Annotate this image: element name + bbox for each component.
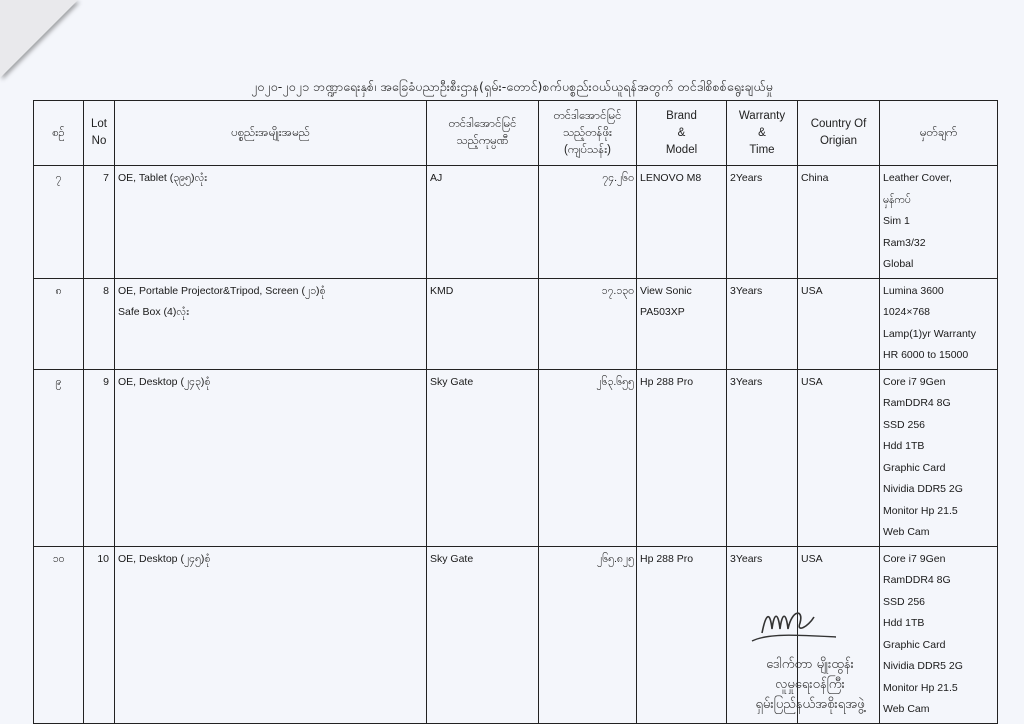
cell-brand: Hp 288 Pro [637, 369, 727, 546]
cell-remarks-line: Lumina 3600 [883, 281, 994, 303]
signatory-organization: ရှမ်းပြည်နယ်အစိုးရအဖွဲ့ [700, 695, 920, 715]
folded-corner [0, 0, 78, 78]
cell-country: USA [798, 278, 880, 369]
cell-remarks: Core i7 9GenRamDDR4 8GSSD 256Hdd 1TBGrap… [880, 369, 998, 546]
cell-remarks-line: SSD 256 [883, 592, 994, 614]
cell-remarks-line: Sim 1 [883, 211, 994, 233]
table-row: ၇7OE, Tablet (၃၉၅)လုံးAJ၇၄.၂၆၀LENOVO M82… [34, 166, 998, 279]
cell-lot-no: 9 [84, 369, 115, 546]
cell-item-line: OE, Tablet (၃၉၅)လုံး [118, 168, 423, 190]
header-price: တင်ဒါအောင်မြင်သည့်တန်ဖိုး(ကျပ်သန်း) [539, 101, 637, 166]
cell-item: OE, Desktop (၂၄၃)စုံ [115, 369, 427, 546]
header-remarks: မှတ်ချက် [880, 101, 998, 166]
cell-price: ၂၆၃.၆၅၅ [539, 369, 637, 546]
document-title: ၂၀၂၀-၂၀၂၁ ဘဏ္ဍာရေးနှစ်၊ အခြေခံပညာဦးစီးဌာ… [0, 79, 1024, 98]
cell-brand-line: Hp 288 Pro [640, 549, 723, 571]
cell-remarks-line: Global [883, 254, 994, 276]
header-warranty: Warranty&Time [727, 101, 798, 166]
signatory-name: ဒေါက်တာ မျိုးထွန်း [700, 655, 920, 675]
signatory-position: လူမှုရေးဝန်ကြီး [700, 675, 920, 695]
cell-remarks: Leather Cover,မှန်ကပ်Sim 1Ram3/32Global [880, 166, 998, 279]
cell-brand-line: PA503XP [640, 302, 723, 324]
table-row: ၈8OE, Portable Projector&Tripod, Screen … [34, 278, 998, 369]
cell-remarks-line: Leather Cover, [883, 168, 994, 190]
cell-serial: ၈ [34, 278, 84, 369]
cell-warranty: 2Years [727, 166, 798, 279]
cell-brand-line: View Sonic [640, 281, 723, 303]
cell-brand-line: Hp 288 Pro [640, 372, 723, 394]
cell-remarks-line: Core i7 9Gen [883, 372, 994, 394]
tender-table: စဉ် LotNo ပစ္စည်းအမျိုးအမည် တင်ဒါအောင်မြ… [33, 100, 998, 724]
cell-remarks-line: RamDDR4 8G [883, 570, 994, 592]
cell-remarks-line: Lamp(1)yr Warranty [883, 324, 994, 346]
cell-country: USA [798, 369, 880, 546]
header-country: Country OfOrigian [798, 101, 880, 166]
cell-lot-no: 10 [84, 546, 115, 723]
header-item: ပစ္စည်းအမျိုးအမည် [115, 101, 427, 166]
cell-remarks-line: RamDDR4 8G [883, 393, 994, 415]
cell-remarks-line: Graphic Card [883, 635, 994, 657]
cell-remarks-line: မှန်ကပ် [883, 190, 994, 212]
signature [748, 603, 838, 643]
cell-remarks-line: Hdd 1TB [883, 613, 994, 635]
cell-lot-no: 8 [84, 278, 115, 369]
signatory-block: ဒေါက်တာ မျိုးထွန်း လူမှုရေးဝန်ကြီး ရှမ်း… [700, 655, 920, 715]
cell-warranty: 3Years [727, 369, 798, 546]
cell-remarks-line: HR 6000 to 15000 [883, 345, 994, 367]
header-winner: တင်ဒါအောင်မြင်သည့်ကုမ္ပဏီ [427, 101, 539, 166]
cell-serial: ၁၀ [34, 546, 84, 723]
cell-brand: LENOVO M8 [637, 166, 727, 279]
cell-price: ၂၆၅.၈၂၅ [539, 546, 637, 723]
cell-lot-no: 7 [84, 166, 115, 279]
cell-remarks-line: Graphic Card [883, 458, 994, 480]
cell-remarks-line: 1024×768 [883, 302, 994, 324]
cell-remarks-line: Web Cam [883, 522, 994, 544]
cell-item: OE, Tablet (၃၉၅)လုံး [115, 166, 427, 279]
cell-item: OE, Desktop (၂၄၅)စုံ [115, 546, 427, 723]
cell-serial: ၇ [34, 166, 84, 279]
cell-brand: View SonicPA503XP [637, 278, 727, 369]
cell-price: ၁၇.၁၃၀ [539, 278, 637, 369]
cell-serial: ၉ [34, 369, 84, 546]
header-brand: Brand&Model [637, 101, 727, 166]
cell-price: ၇၄.၂၆၀ [539, 166, 637, 279]
table-row: ၉9OE, Desktop (၂၄၃)စုံSky Gate၂၆၃.၆၅၅Hp … [34, 369, 998, 546]
cell-remarks-line: Monitor Hp 21.5 [883, 501, 994, 523]
cell-item-line: OE, Portable Projector&Tripod, Screen (၂… [118, 281, 423, 303]
cell-winner: KMD [427, 278, 539, 369]
cell-remarks-line: Core i7 9Gen [883, 549, 994, 571]
cell-brand-line: LENOVO M8 [640, 168, 723, 190]
cell-winner: AJ [427, 166, 539, 279]
cell-remarks: Lumina 36001024×768Lamp(1)yr WarrantyHR … [880, 278, 998, 369]
cell-country: China [798, 166, 880, 279]
cell-remarks-line: Nividia DDR5 2G [883, 479, 994, 501]
cell-remarks-line: Ram3/32 [883, 233, 994, 255]
header-serial: စဉ် [34, 101, 84, 166]
header-row: စဉ် LotNo ပစ္စည်းအမျိုးအမည် တင်ဒါအောင်မြ… [34, 101, 998, 166]
header-lot-no: LotNo [84, 101, 115, 166]
cell-winner: Sky Gate [427, 546, 539, 723]
cell-warranty: 3Years [727, 278, 798, 369]
cell-winner: Sky Gate [427, 369, 539, 546]
cell-item-line: OE, Desktop (၂၄၅)စုံ [118, 549, 423, 571]
cell-item-line: Safe Box (4)လုံး [118, 302, 423, 324]
cell-item: OE, Portable Projector&Tripod, Screen (၂… [115, 278, 427, 369]
cell-item-line: OE, Desktop (၂၄၃)စုံ [118, 372, 423, 394]
cell-remarks-line: SSD 256 [883, 415, 994, 437]
cell-remarks-line: Hdd 1TB [883, 436, 994, 458]
